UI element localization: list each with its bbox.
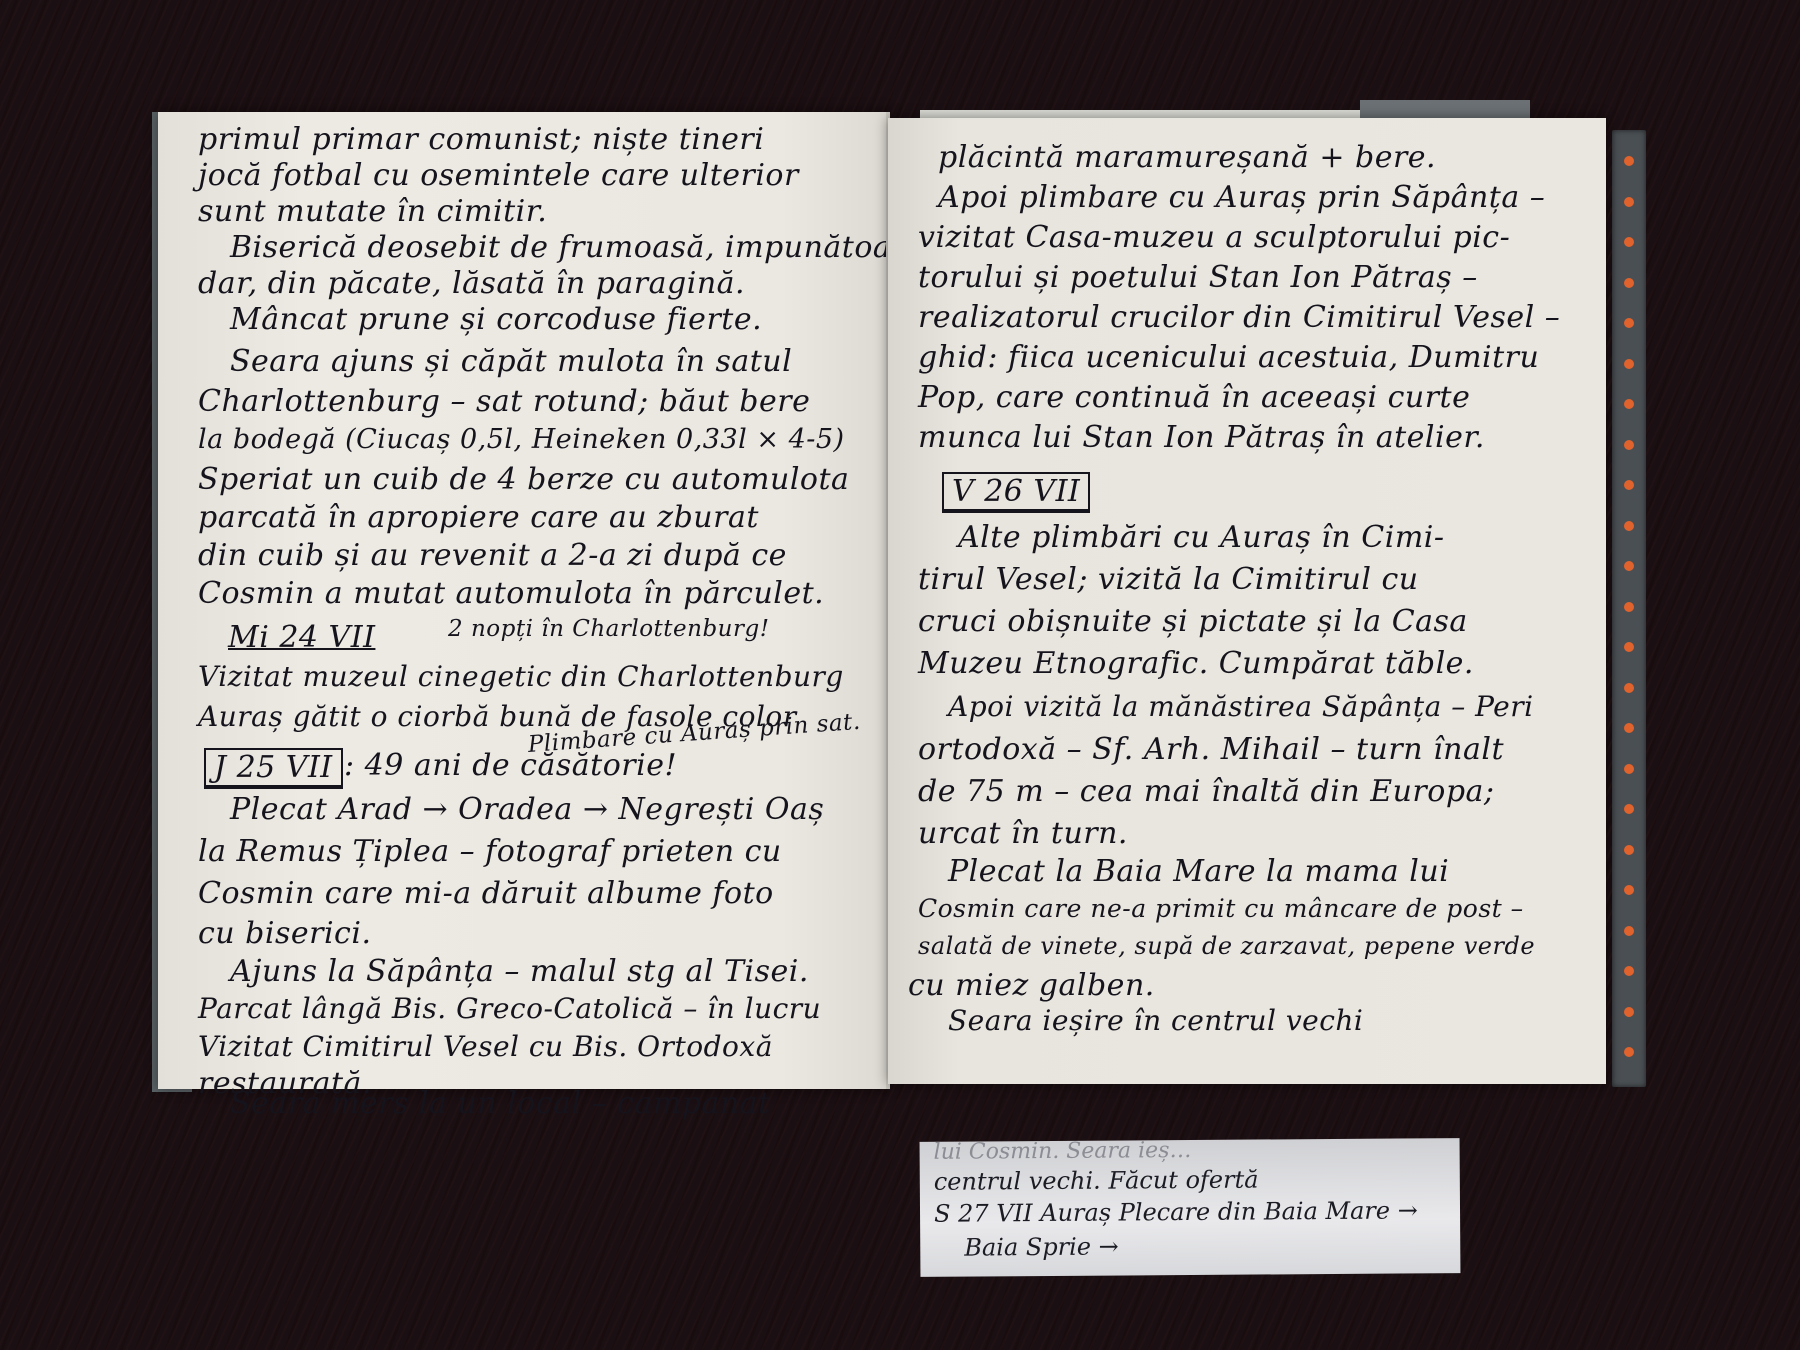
handwritten-line: Seara ajuns și căpăt mulota în satul: [230, 344, 792, 379]
handwritten-line: ghid: fiica ucenicului acestuia, Dumitru: [918, 340, 1539, 375]
binding-dot: [1624, 764, 1634, 774]
handwritten-line: Seara ieșire în centrul vechi: [948, 1004, 1363, 1037]
handwritten-line: de 75 m – cea mai înaltă din Europa;: [918, 774, 1495, 809]
binding-dot: [1624, 885, 1634, 895]
handwritten-line: primul primar comunist; niște tineri: [198, 122, 764, 157]
handwritten-line: Alte plimbări cu Auraș în Cimi-: [958, 520, 1445, 555]
notebook-photo: lui Cosmin. Seara ieș… centrul vechi. Fă…: [0, 0, 1800, 1350]
binding-dot: [1624, 237, 1634, 247]
binding-dot: [1624, 1007, 1634, 1017]
binding-strip: [1612, 130, 1646, 1087]
date-heading-boxed: J 25 VII: [204, 748, 343, 789]
handwritten-line: Ajuns la Săpânța – malul stg al Tisei.: [230, 954, 809, 989]
binding-dot: [1624, 561, 1634, 571]
handwritten-line: cu miez galben.: [908, 968, 1155, 1003]
handwritten-line: parcată în apropiere care au zburat: [198, 500, 759, 535]
handwritten-line: vizitat Casa-muzeu a sculptorului pic-: [918, 220, 1510, 255]
handwritten-line: dar, din păcate, lăsată în paragină.: [198, 266, 745, 301]
handwritten-line: Biserică deosebit de frumoasă, impunătoa…: [230, 230, 924, 265]
handwritten-line: cruci obișnuite și pictate și la Casa: [918, 604, 1468, 639]
tucked-paper-slip: lui Cosmin. Seara ieș… centrul vechi. Fă…: [920, 1138, 1461, 1277]
binding-dot: [1624, 804, 1634, 814]
handwritten-line: jocă fotbal cu osemintele care ulterior: [198, 158, 799, 193]
binding-dot: [1624, 966, 1634, 976]
binding-dot: [1624, 642, 1634, 652]
handwritten-line: Apoi plimbare cu Auraș prin Săpânța –: [938, 180, 1545, 215]
slip-line: S 27 VII Auraș Plecare din Baia Mare →: [934, 1196, 1418, 1227]
slip-line: lui Cosmin. Seara ieș…: [934, 1138, 1192, 1165]
date-heading-boxed: V 26 VII: [942, 472, 1090, 513]
binding-dot: [1624, 845, 1634, 855]
handwritten-line: realizatorul crucilor din Cimitirul Vese…: [918, 300, 1560, 335]
binding-dot: [1624, 723, 1634, 733]
handwritten-line: la bodegă (Ciucaș 0,5l, Heineken 0,33l ×…: [198, 424, 845, 455]
handwritten-line: : 49 ani de căsătorie!: [344, 748, 677, 783]
left-page: primul primar comunist; niște tineri joc…: [158, 112, 890, 1089]
handwritten-note: 2 nopți în Charlottenburg!: [448, 616, 769, 642]
handwritten-line: Charlottenburg – sat rotund; băut bere: [198, 384, 810, 419]
handwritten-line: salată de vinete, supă de zarzavat, pepe…: [918, 932, 1535, 960]
date-heading: Mi 24 VII: [228, 620, 375, 655]
handwritten-line: din cuib și au revenit a 2-a zi după ce: [198, 538, 787, 573]
slip-line: Baia Sprie →: [964, 1232, 1119, 1261]
right-page: plăcintă maramureșană + bere. Apoi plimb…: [888, 118, 1606, 1084]
binding-dot: [1624, 156, 1634, 166]
handwritten-line: munca lui Stan Ion Pătraș în atelier.: [918, 420, 1485, 455]
handwritten-line: Cosmin a mutat automulota în părculet.: [198, 576, 824, 611]
handwritten-line: Parcat lângă Bis. Greco-Catolică – în lu…: [198, 992, 821, 1025]
slip-line: centrul vechi. Făcut ofertă: [934, 1166, 1259, 1196]
handwritten-line: Plecat la Baia Mare la mama lui: [948, 854, 1449, 889]
handwritten-line: Cosmin care ne-a primit cu mâncare de po…: [918, 894, 1524, 923]
handwritten-line: tirul Vesel; vizită la Cimitirul cu: [918, 562, 1419, 597]
handwritten-line: la Remus Țiplea – fotograf prieten cu: [198, 834, 782, 869]
binding-dot: [1624, 359, 1634, 369]
binding-dot: [1624, 278, 1634, 288]
handwritten-line: Vizitat muzeul cinegetic din Charlottenb…: [198, 660, 844, 693]
handwritten-line: Mâncat prune și corcoduse fierte.: [230, 302, 762, 337]
handwritten-line: Pop, care continuă în aceeași curte: [918, 380, 1470, 415]
binding-dot: [1624, 521, 1634, 531]
binding-dot: [1624, 197, 1634, 207]
handwritten-line: sunt mutate în cimitir.: [198, 194, 547, 229]
binding-dot: [1624, 926, 1634, 936]
binding-dot: [1624, 480, 1634, 490]
handwritten-line: cu biserici.: [198, 916, 371, 951]
binding-dot: [1624, 1047, 1634, 1057]
handwritten-line: Vizitat Cimitirul Vesel cu Bis. Ortodoxă: [198, 1030, 773, 1063]
handwritten-line: plăcintă maramureșană + bere.: [938, 140, 1436, 175]
handwritten-line: Speriat un cuib de 4 berze cu automulota: [198, 462, 849, 497]
handwritten-line-cut: Seara mers la un local – campanat: [230, 1086, 771, 1121]
handwritten-line: ortodoxă – Sf. Arh. Mihail – turn înalt: [918, 732, 1504, 767]
binding-dot: [1624, 318, 1634, 328]
binding-dot: [1624, 440, 1634, 450]
handwritten-line: Plecat Arad → Oradea → Negrești Oaș: [230, 792, 824, 827]
handwritten-line: torului și poetului Stan Ion Pătraș –: [918, 260, 1478, 295]
handwritten-line: Muzeu Etnografic. Cumpărat tăble.: [918, 646, 1474, 681]
binding-dot: [1624, 683, 1634, 693]
handwritten-line: urcat în turn.: [918, 816, 1128, 851]
handwritten-line: Cosmin care mi-a dăruit albume foto: [198, 876, 774, 911]
binding-dot: [1624, 399, 1634, 409]
binding-dot: [1624, 602, 1634, 612]
handwritten-line: Apoi vizită la mănăstirea Săpânța – Peri: [948, 690, 1534, 723]
